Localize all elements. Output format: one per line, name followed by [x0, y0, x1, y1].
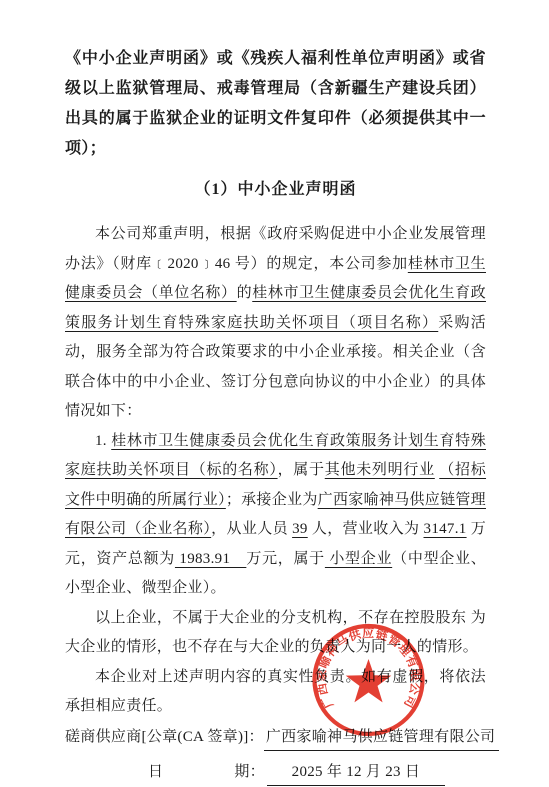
document-page: 《中小企业声明函》或《残疾人福利性单位声明函》或省级以上监狱管理局、戒毒管理局（… — [0, 0, 549, 787]
paragraph-item-1: 1. 桂林市卫生健康委员会优化生育政策服务计划生育特殊家庭扶助关怀项目（标的名称… — [65, 427, 486, 604]
static-text: ，属于 — [278, 462, 325, 478]
static-text: 人，营业收入为 — [308, 521, 424, 537]
date-value: 2025 年 12 月 23 日 — [267, 759, 445, 786]
supplier-label: 磋商供应商[公章(CA 签章)]： — [65, 729, 264, 745]
static-text: 的 — [237, 285, 253, 301]
document-heading: 《中小企业声明函》或《残疾人福利性单位声明函》或省级以上监狱管理局、戒毒管理局（… — [65, 44, 486, 164]
signature-row: 磋商供应商[公章(CA 签章)]：广西家喻神马供应链管理有限公司 — [65, 722, 486, 752]
static-text: ；承接企业为 — [226, 492, 318, 508]
static-text: 万元，属于 — [246, 551, 325, 567]
section-title: （1）中小企业声明函 — [65, 175, 486, 205]
supplier-name: 广西家喻神马供应链管理有限公司 — [264, 724, 499, 751]
static-text: ，从业人员 — [211, 521, 292, 537]
paragraph-responsibility: 本企业对上述声明内容的真实性负责。如有虚假，将依法承担相应责任。 — [65, 663, 486, 722]
underlined-fill-text: 3147.1 — [424, 521, 467, 537]
underlined-fill-text: 其他未列明行业 — [325, 462, 435, 478]
underlined-fill-text: 1983.91 — [175, 551, 246, 567]
paragraph-no-affiliation: 以上企业，不属于大企业的分支机构，不存在控股股东 为大企业的情形，也不存在与大企… — [65, 604, 486, 663]
static-text: 以上企业，不属于大企业的分支机构，不存在控股股东 为大企业的情形，也不存在与大企… — [65, 610, 486, 656]
date-label-right: 期： — [234, 764, 265, 780]
static-text: 本企业对上述声明内容的真实性负责。如有虚假，将依法承担相应责任。 — [65, 669, 486, 715]
underlined-fill-text: 39 — [292, 521, 308, 537]
date-row: 日期：2025 年 12 月 23 日 — [65, 757, 486, 787]
underlined-fill-text: 小型企业 — [325, 551, 392, 567]
date-label-left: 日 — [148, 764, 163, 780]
static-text: 1. — [95, 433, 111, 449]
paragraph-declaration: 本公司郑重声明，根据《政府采购促进中小企业发展管理办法》（财库﹝2020﹞46 … — [65, 220, 486, 427]
